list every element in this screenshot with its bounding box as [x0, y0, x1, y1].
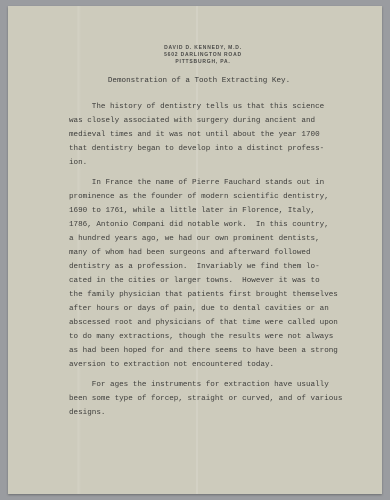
text-line: as had been hoped for and there seems to…	[69, 344, 369, 358]
text-line: medieval times and it was not until abou…	[69, 128, 369, 142]
text-line: after hours or days of pain, due to dent…	[69, 302, 369, 316]
letterhead: DAVID D. KENNEDY, M.D. 5602 DARLINGTON R…	[8, 45, 382, 66]
text-line: 1786, Antonio Compani did notable work. …	[69, 218, 369, 232]
paragraph-3: For ages the instruments for extraction …	[69, 378, 369, 420]
text-line: cated in the cities or larger towns. How…	[69, 274, 369, 288]
text-line: to do many extractions, though the resul…	[69, 330, 369, 344]
paragraph-1: The history of dentistry tells us that t…	[69, 100, 369, 170]
text-line: abscessed root and physicians of that ti…	[69, 316, 369, 330]
text-line: 1690 to 1761, while a little later in Fl…	[69, 204, 369, 218]
text-line: dentistry as a profession. Invariably we…	[69, 260, 369, 274]
letterhead-address: 5602 DARLINGTON ROAD	[16, 52, 390, 59]
text-line: a hundred years ago, we had our own prom…	[69, 232, 369, 246]
text-line: been some type of forcep, straight or cu…	[69, 392, 369, 406]
text-line: ion.	[69, 156, 369, 170]
letterhead-city: PITTSBURGH, PA.	[16, 59, 390, 66]
paragraph-2: In France the name of Pierre Fauchard st…	[69, 176, 369, 372]
text-line: was closely associated with surgery duri…	[69, 114, 369, 128]
text-line: aversion to extraction not encountered t…	[69, 358, 369, 372]
text-line: The history of dentistry tells us that t…	[69, 100, 369, 114]
text-line: For ages the instruments for extraction …	[69, 378, 369, 392]
letterhead-name: DAVID D. KENNEDY, M.D.	[16, 45, 390, 52]
text-line: many of whom had been surgeons and after…	[69, 246, 369, 260]
document-page: DAVID D. KENNEDY, M.D. 5602 DARLINGTON R…	[8, 6, 382, 494]
document-body: The history of dentistry tells us that t…	[69, 100, 369, 426]
text-line: designs.	[69, 406, 369, 420]
document-title: Demonstration of a Tooth Extracting Key.	[12, 77, 386, 85]
text-line: prominence as the founder of modern scie…	[69, 190, 369, 204]
text-line: In France the name of Pierre Fauchard st…	[69, 176, 369, 190]
text-line: that dentistry began to develop into a d…	[69, 142, 369, 156]
text-line: the family physician that patients first…	[69, 288, 369, 302]
